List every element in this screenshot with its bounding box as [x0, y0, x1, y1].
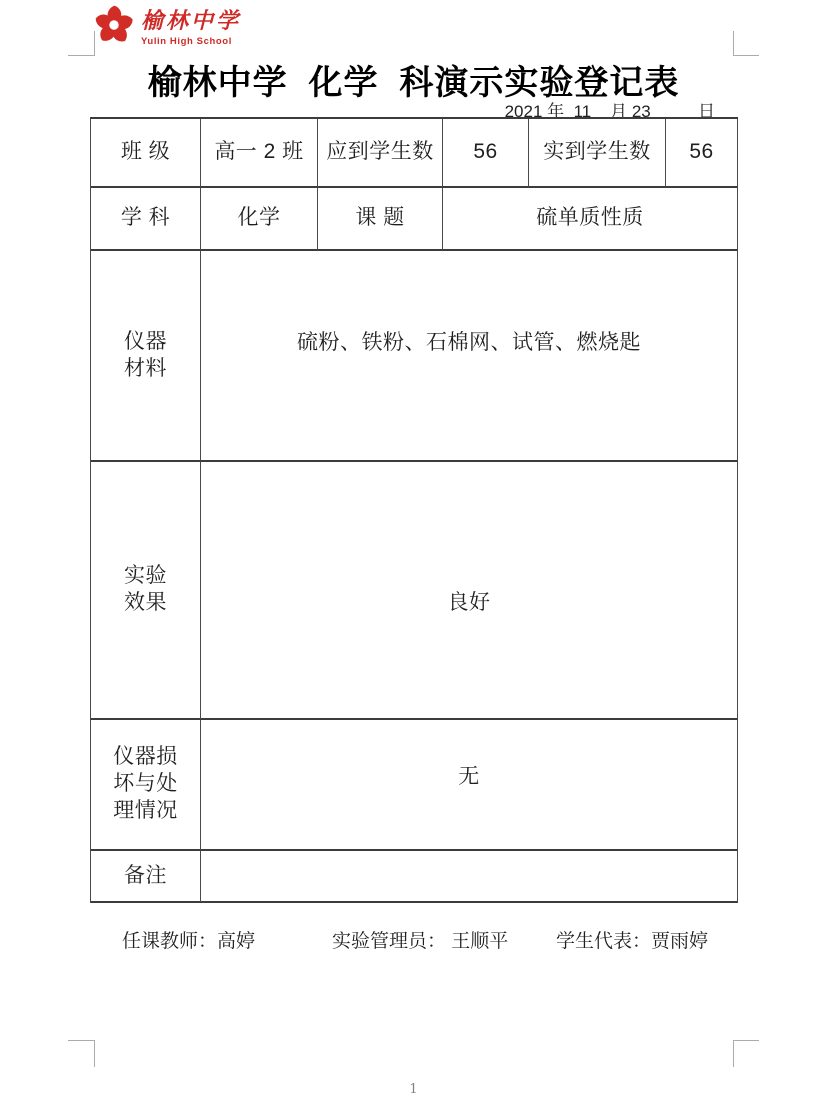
cell-damage-handling-value: 无 — [201, 720, 738, 851]
cell-subject-value: 化学 — [201, 188, 318, 251]
signature-line: 任课教师：高婷 实验管理员： 王顺平 学生代表：贾雨婷 — [90, 926, 738, 956]
crop-mark-top-left — [68, 31, 95, 56]
experiment-registration-table: 班 级 高一 2 班 应到学生数 56 实到学生数 56 学 科 化学 课 题 … — [90, 117, 738, 903]
cell-experiment-effect-label: 实验 效果 — [91, 462, 201, 720]
crop-mark-bottom-left — [68, 1040, 95, 1067]
page-number: 1 — [0, 1082, 827, 1097]
school-logo: 榆林中学 Yulin High School — [93, 4, 241, 51]
teacher-signature: 任课教师：高婷 — [122, 926, 255, 953]
cell-class-value: 高一 2 班 — [201, 119, 318, 188]
cell-equipment-materials-value: 硫粉、铁粉、石棉网、试管、燃烧匙 — [201, 251, 738, 462]
flower-pinwheel-icon — [93, 4, 135, 51]
cell-remarks-value — [201, 851, 738, 903]
cell-equipment-materials-label: 仪器 材料 — [91, 251, 201, 462]
school-name-chinese: 榆林中学 — [141, 9, 241, 33]
cell-topic-label: 课 题 — [318, 188, 443, 251]
cell-subject-label: 学 科 — [91, 188, 201, 251]
cell-remarks-label: 备注 — [91, 851, 201, 903]
lab-manager-signature: 实验管理员： 王顺平 — [332, 926, 508, 953]
student-rep-signature: 学生代表：贾雨婷 — [556, 926, 708, 953]
cell-expected-students-label: 应到学生数 — [318, 119, 443, 188]
cell-damage-handling-label: 仪器损 坏与处 理情况 — [91, 720, 201, 851]
crop-mark-bottom-right — [733, 1040, 759, 1067]
crop-mark-top-right — [733, 31, 759, 56]
cell-experiment-effect-value: 良好 — [201, 462, 738, 720]
school-name-english: Yulin High School — [141, 36, 241, 47]
cell-topic-value: 硫单质性质 — [443, 188, 738, 251]
cell-class-label: 班 级 — [91, 119, 201, 188]
cell-actual-students-label: 实到学生数 — [529, 119, 666, 188]
cell-expected-students-value: 56 — [443, 119, 529, 188]
cell-actual-students-value: 56 — [666, 119, 738, 188]
